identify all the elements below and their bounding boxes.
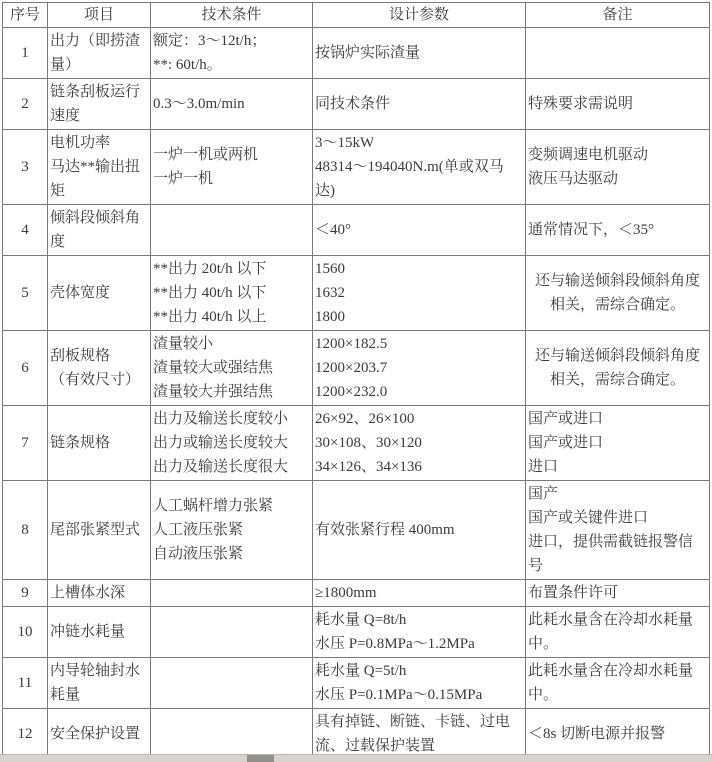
cell-line: 链条刮板运行速度 <box>50 80 148 128</box>
column-header-item: 项目 <box>48 3 151 28</box>
table-body: 1出力（即捞渣量）额定：3～12t/h；**: 60t/h。按锅炉实际渣量2链条… <box>3 28 710 760</box>
cell-remark: 此耗水量含在冷却水耗量中。 <box>526 607 710 658</box>
table-row: 1出力（即捞渣量）额定：3～12t/h；**: 60t/h。按锅炉实际渣量 <box>3 28 710 79</box>
cell-design: 156016321800 <box>313 256 526 331</box>
cell-line: 此耗水量含在冷却水耗量中。 <box>528 608 707 656</box>
cell-line: 3～15kW <box>315 131 523 155</box>
cell-line: 通常情况下，＜35° <box>528 218 707 242</box>
cell-no: 2 <box>3 79 48 130</box>
cell-design: 有效张紧行程 400mm <box>313 481 526 580</box>
cell-no: 3 <box>3 130 48 205</box>
cell-design: 3～15kW48314～194040N.m(单或双马达) <box>313 130 526 205</box>
table-row: 2链条刮板运行速度0.3～3.0m/min同技术条件特殊要求需说明 <box>3 79 710 130</box>
cell-line: 渣量较大或强结焦 <box>153 356 310 380</box>
horizontal-scrollbar[interactable] <box>0 754 712 762</box>
cell-line: 冲链水耗量 <box>50 620 148 644</box>
cell-remark: 特殊要求需说明 <box>526 79 710 130</box>
cell-no: 10 <box>3 607 48 658</box>
cell-tech <box>151 205 313 256</box>
cell-item: 出力（即捞渣量） <box>48 28 151 79</box>
cell-line: **: 60t/h。 <box>153 53 310 77</box>
cell-line: 变频调速电机驱动 <box>528 143 707 167</box>
cell-no: 6 <box>3 331 48 406</box>
cell-line: 一炉一机或两机 <box>153 143 310 167</box>
cell-no: 4 <box>3 205 48 256</box>
cell-tech: 一炉一机或两机一炉一机 <box>151 130 313 205</box>
table-row: 5壳体宽度**出力 20t/h 以下**出力 40t/h 以下**出力 40t/… <box>3 256 710 331</box>
cell-item: 内导轮轴封水耗量 <box>48 658 151 709</box>
scrollbar-thumb[interactable] <box>247 755 274 762</box>
table-row: 8尾部张紧型式人工蜗杆增力张紧人工液压张紧自动液压张紧有效张紧行程 400mm国… <box>3 481 710 580</box>
cell-tech <box>151 709 313 760</box>
cell-line: 1800 <box>315 305 523 329</box>
cell-item: 尾部张紧型式 <box>48 481 151 580</box>
cell-line: 具有掉链、断链、卡链、过电流、过载保护装置 <box>315 710 523 758</box>
cell-line: 布置条件许可 <box>528 581 707 605</box>
cell-line: ≥1800mm <box>315 581 523 605</box>
cell-line: 国产或进口 <box>528 431 707 455</box>
cell-line: （有效尺寸） <box>50 368 148 392</box>
cell-line: 马达**输出扭矩 <box>50 155 148 203</box>
cell-line: 出力或输送长度较大 <box>153 431 310 455</box>
cell-no: 8 <box>3 481 48 580</box>
cell-line: 倾斜段倾斜角度 <box>50 206 148 254</box>
cell-remark: ＜8s 切断电源并报警 <box>526 709 710 760</box>
cell-line: 48314～194040N.m(单或双马达) <box>315 155 523 203</box>
cell-design: 耗水量 Q=8t/h水压 P=0.8MPa～1.2MPa <box>313 607 526 658</box>
cell-tech: 额定：3～12t/h；**: 60t/h。 <box>151 28 313 79</box>
cell-tech <box>151 658 313 709</box>
cell-line: 国产 <box>528 482 707 506</box>
cell-tech <box>151 580 313 607</box>
cell-item: 上槽体水深 <box>48 580 151 607</box>
cell-line: 渣量较大并强结焦 <box>153 380 310 404</box>
cell-line: 还与输送倾斜段倾斜角度相关，需综合确定。 <box>528 344 707 392</box>
table-row: 11内导轮轴封水耗量耗水量 Q=5t/h水压 P=0.1MPa～0.15MPa此… <box>3 658 710 709</box>
cell-line: **出力 20t/h 以下 <box>153 257 310 281</box>
cell-remark <box>526 28 710 79</box>
cell-no: 7 <box>3 406 48 481</box>
cell-no: 9 <box>3 580 48 607</box>
cell-line: 水压 P=0.1MPa～0.15MPa <box>315 683 523 707</box>
cell-design: 耗水量 Q=5t/h水压 P=0.1MPa～0.15MPa <box>313 658 526 709</box>
cell-remark: 国产国产或关键件进口进口，提供需截链报警信号 <box>526 481 710 580</box>
cell-no: 11 <box>3 658 48 709</box>
cell-line: 上槽体水深 <box>50 581 148 605</box>
cell-remark: 国产或进口国产或进口进口 <box>526 406 710 481</box>
cell-line: 自动液压张紧 <box>153 542 310 566</box>
cell-line: 进口 <box>528 455 707 479</box>
cell-tech: 出力及输送长度较小出力或输送长度较大出力及输送长度很大 <box>151 406 313 481</box>
cell-line: 额定：3～12t/h； <box>153 29 310 53</box>
cell-line: 链条规格 <box>50 431 148 455</box>
table-row: 9上槽体水深≥1800mm布置条件许可 <box>3 580 710 607</box>
table-row: 4倾斜段倾斜角度＜40°通常情况下，＜35° <box>3 205 710 256</box>
cell-item: 链条规格 <box>48 406 151 481</box>
cell-line: 刮板规格 <box>50 344 148 368</box>
column-header-no: 序号 <box>3 3 48 28</box>
cell-remark: 还与输送倾斜段倾斜角度相关，需综合确定。 <box>526 256 710 331</box>
cell-line: 耗水量 Q=5t/h <box>315 659 523 683</box>
cell-tech: **出力 20t/h 以下**出力 40t/h 以下**出力 40t/h 以上 <box>151 256 313 331</box>
cell-line: 安全保护设置 <box>50 722 148 746</box>
cell-line: 壳体宽度 <box>50 281 148 305</box>
cell-design: 1200×182.51200×203.71200×232.0 <box>313 331 526 406</box>
page: 序号 项目 技术条件 设计参数 备注 1出力（即捞渣量）额定：3～12t/h；*… <box>0 0 712 762</box>
cell-line: 人工液压张紧 <box>153 518 310 542</box>
cell-line: 还与输送倾斜段倾斜角度相关，需综合确定。 <box>528 269 707 317</box>
cell-remark: 布置条件许可 <box>526 580 710 607</box>
table-row: 10冲链水耗量耗水量 Q=8t/h水压 P=0.8MPa～1.2MPa此耗水量含… <box>3 607 710 658</box>
header-row: 序号 项目 技术条件 设计参数 备注 <box>3 3 710 28</box>
cell-line: 按锅炉实际渣量 <box>315 41 523 65</box>
cell-line: 出力及输送长度较小 <box>153 407 310 431</box>
cell-line: 1560 <box>315 257 523 281</box>
cell-line: 有效张紧行程 400mm <box>315 518 523 542</box>
cell-item: 链条刮板运行速度 <box>48 79 151 130</box>
cell-design: 具有掉链、断链、卡链、过电流、过载保护装置 <box>313 709 526 760</box>
cell-design: 按锅炉实际渣量 <box>313 28 526 79</box>
cell-line: 34×126、34×136 <box>315 455 523 479</box>
cell-tech: 人工蜗杆增力张紧人工液压张紧自动液压张紧 <box>151 481 313 580</box>
cell-line: 特殊要求需说明 <box>528 92 707 116</box>
cell-line: 内导轮轴封水耗量 <box>50 659 148 707</box>
cell-remark: 此耗水量含在冷却水耗量中。 <box>526 658 710 709</box>
cell-line: 电机功率 <box>50 131 148 155</box>
cell-line: 水压 P=0.8MPa～1.2MPa <box>315 632 523 656</box>
cell-design: ＜40° <box>313 205 526 256</box>
cell-item: 电机功率马达**输出扭矩 <box>48 130 151 205</box>
cell-line: ＜8s 切断电源并报警 <box>528 722 707 746</box>
cell-line: 耗水量 Q=8t/h <box>315 608 523 632</box>
table-row: 12安全保护设置具有掉链、断链、卡链、过电流、过载保护装置＜8s 切断电源并报警 <box>3 709 710 760</box>
cell-design: 同技术条件 <box>313 79 526 130</box>
cell-no: 1 <box>3 28 48 79</box>
cell-no: 12 <box>3 709 48 760</box>
cell-tech: 0.3～3.0m/min <box>151 79 313 130</box>
cell-line: 1200×232.0 <box>315 380 523 404</box>
cell-line: 进口，提供需截链报警信号 <box>528 530 707 578</box>
cell-design: 26×92、26×10030×108、30×12034×126、34×136 <box>313 406 526 481</box>
cell-item: 倾斜段倾斜角度 <box>48 205 151 256</box>
cell-line: 国产或关键件进口 <box>528 506 707 530</box>
column-header-design: 设计参数 <box>313 3 526 28</box>
cell-line: **出力 40t/h 以上 <box>153 305 310 329</box>
column-header-remark: 备注 <box>526 3 710 28</box>
cell-line: ＜40° <box>315 218 523 242</box>
cell-tech <box>151 607 313 658</box>
cell-line: 1632 <box>315 281 523 305</box>
cell-line: 0.3～3.0m/min <box>153 92 310 116</box>
cell-line: 1200×182.5 <box>315 332 523 356</box>
cell-item: 安全保护设置 <box>48 709 151 760</box>
cell-line: 30×108、30×120 <box>315 431 523 455</box>
cell-item: 冲链水耗量 <box>48 607 151 658</box>
cell-remark: 变频调速电机驱动液压马达驱动 <box>526 130 710 205</box>
cell-line: 同技术条件 <box>315 92 523 116</box>
cell-line: 出力及输送长度很大 <box>153 455 310 479</box>
cell-line: 渣量较小 <box>153 332 310 356</box>
cell-design: ≥1800mm <box>313 580 526 607</box>
cell-line: 1200×203.7 <box>315 356 523 380</box>
cell-line: 一炉一机 <box>153 167 310 191</box>
spec-table: 序号 项目 技术条件 设计参数 备注 1出力（即捞渣量）额定：3～12t/h；*… <box>2 2 710 760</box>
cell-line: **出力 40t/h 以下 <box>153 281 310 305</box>
table-header: 序号 项目 技术条件 设计参数 备注 <box>3 3 710 28</box>
cell-line: 尾部张紧型式 <box>50 518 148 542</box>
cell-line: 人工蜗杆增力张紧 <box>153 494 310 518</box>
cell-line: 出力（即捞渣量） <box>50 29 148 77</box>
cell-line: 国产或进口 <box>528 407 707 431</box>
cell-line: 26×92、26×100 <box>315 407 523 431</box>
cell-remark: 还与输送倾斜段倾斜角度相关，需综合确定。 <box>526 331 710 406</box>
table-row: 7链条规格出力及输送长度较小出力或输送长度较大出力及输送长度很大26×92、26… <box>3 406 710 481</box>
cell-line: 液压马达驱动 <box>528 167 707 191</box>
cell-line: 此耗水量含在冷却水耗量中。 <box>528 659 707 707</box>
cell-item: 刮板规格（有效尺寸） <box>48 331 151 406</box>
table-row: 6刮板规格（有效尺寸）渣量较小渣量较大或强结焦渣量较大并强结焦1200×182.… <box>3 331 710 406</box>
cell-remark: 通常情况下，＜35° <box>526 205 710 256</box>
cell-tech: 渣量较小渣量较大或强结焦渣量较大并强结焦 <box>151 331 313 406</box>
cell-item: 壳体宽度 <box>48 256 151 331</box>
cell-no: 5 <box>3 256 48 331</box>
column-header-tech: 技术条件 <box>151 3 313 28</box>
table-row: 3电机功率马达**输出扭矩一炉一机或两机一炉一机3～15kW48314～1940… <box>3 130 710 205</box>
